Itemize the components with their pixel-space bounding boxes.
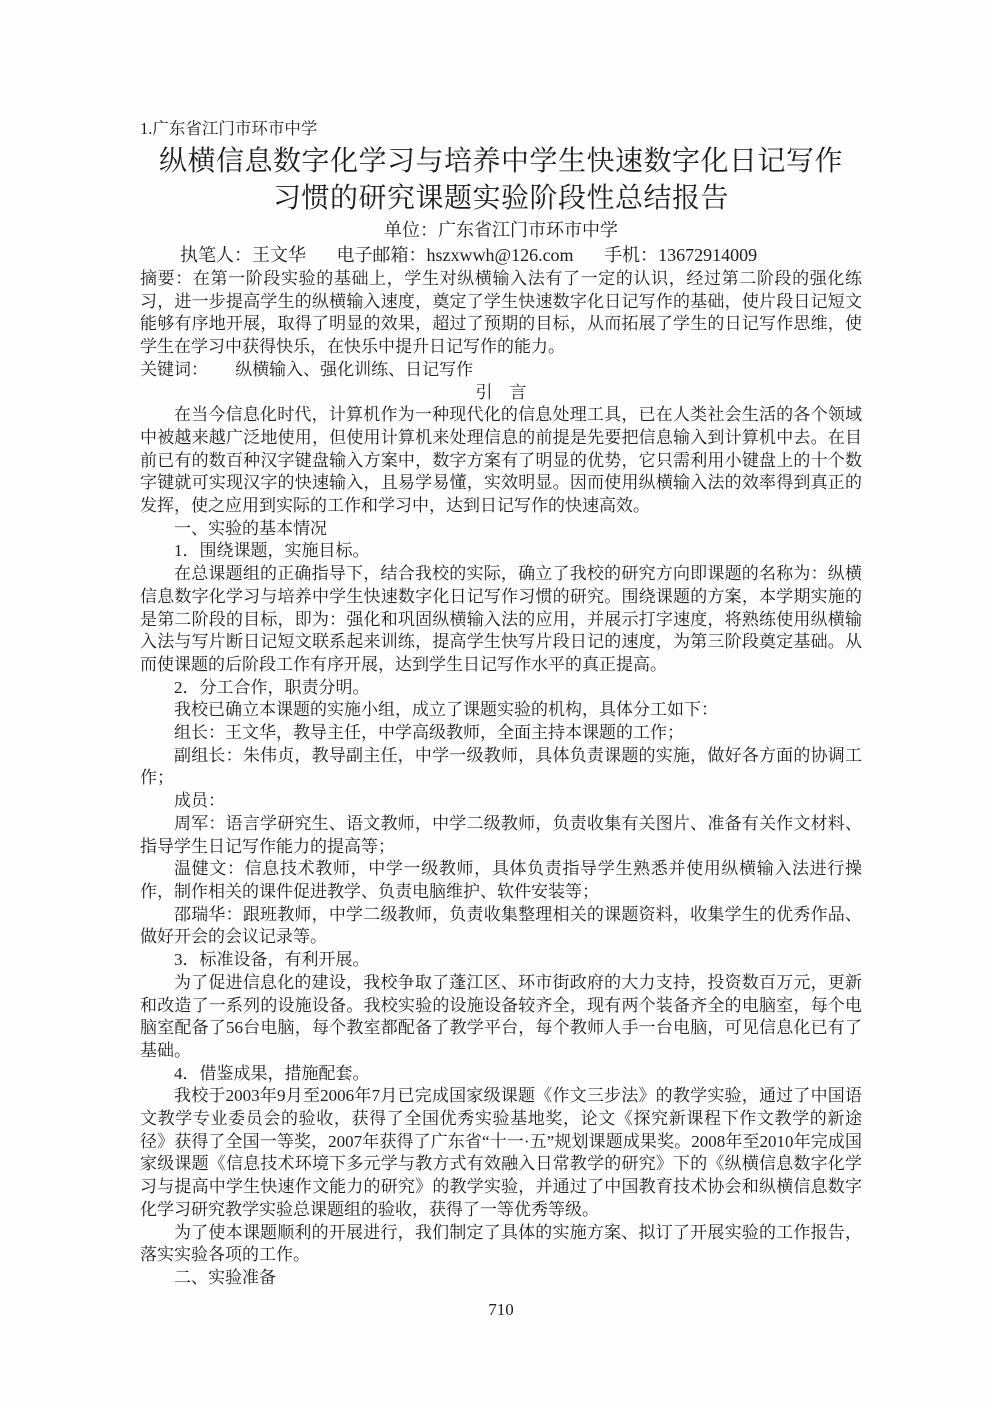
document-content: 1.广东省江门市环市中学 纵横信息数字化学习与培养中学生快速数字化日记写作习惯的… xyxy=(140,118,862,1321)
phone-value: 13672914009 xyxy=(658,245,757,265)
paragraph-equipment: 为了促进信息化的建设，我校争取了蓬江区、环市街政府的大力支持，投资数百万元，更新… xyxy=(140,972,862,1063)
phone-label: 手机： xyxy=(604,245,658,265)
unit-value: 广东省江门市环市中学 xyxy=(438,220,618,240)
phone-group: 手机：13672914009 xyxy=(604,245,757,265)
paragraph-members-label: 成员： xyxy=(140,790,862,813)
document-page: 1.广东省江门市环市中学 纵横信息数字化学习与培养中学生快速数字化日记写作习惯的… xyxy=(0,0,992,1403)
author-line: 执笔人：王文华 电子邮箱：hszxwwh@126.com 手机：13672914… xyxy=(140,243,862,268)
abstract-text: 在第一阶段实验的基础上，学生对纵横输入法有了一定的认识，经过第二阶段的强化练习，… xyxy=(140,269,862,356)
subsection-heading-1-3: 3．标准设备，有利开展。 xyxy=(140,949,862,972)
paragraph-member-shaoruihua: 邵瑞华：跟班教师，中学二级教师，负责收集整理相关的课题资料，收集学生的优秀作品、… xyxy=(140,904,862,949)
abstract-label: 摘要： xyxy=(140,269,193,288)
author-group: 执笔人：王文华 xyxy=(180,245,306,265)
abstract: 摘要：在第一阶段实验的基础上，学生对纵横输入法有了一定的认识，经过第二阶段的强化… xyxy=(140,268,862,359)
keywords: 关键词：纵横输入、强化训练、日记写作 xyxy=(140,359,862,382)
paragraph-deputy-leader: 副组长：朱伟贞，教导副主任，中学一级教师，具体负责课题的实施，做好各方面的协调工… xyxy=(140,745,862,790)
subsection-heading-1-1: 1．围绕课题，实施目标。 xyxy=(140,540,862,563)
keywords-label: 关键词： xyxy=(140,360,208,379)
section-heading-2: 二、实验准备 xyxy=(140,1267,862,1290)
paragraph-introduction: 在当今信息化时代，计算机作为一种现代化的信息处理工具，已在人类社会生活的各个领域… xyxy=(140,404,862,518)
unit-line: 单位：广东省江门市环市中学 xyxy=(140,217,862,243)
subsection-heading-1-4: 4．借鉴成果，措施配套。 xyxy=(140,1063,862,1086)
page-number: 710 xyxy=(140,1299,862,1321)
author-label: 执笔人： xyxy=(180,245,252,265)
paragraph-plan: 为了使本课题顺利的开展进行，我们制定了具体的实施方案、拟订了开展实验的工作报告，… xyxy=(140,1222,862,1267)
paragraph-member-wenjianwen: 温健文：信息技术教师，中学一级教师，具体负责指导学生熟悉并使用纵横输入法进行操作… xyxy=(140,858,862,903)
section-heading-1: 一、实验的基本情况 xyxy=(140,518,862,541)
paragraph-team-intro: 我校已确立本课题的实施小组，成立了课题实验的机构，具体分工如下： xyxy=(140,699,862,722)
email-group: 电子邮箱：hszxwwh@126.com xyxy=(337,245,574,265)
keywords-text: 纵横输入、强化训练、日记写作 xyxy=(235,360,473,379)
email-label: 电子邮箱： xyxy=(337,245,427,265)
document-title: 纵横信息数字化学习与培养中学生快速数字化日记写作习惯的研究课题实验阶段性总结报告 xyxy=(151,143,851,217)
email-value: hszxwwh@126.com xyxy=(427,245,574,265)
subsection-heading-1-2: 2．分工合作，职责分明。 xyxy=(140,677,862,700)
paragraph-member-zhoujun: 周军：语言学研究生、语文教师，中学二级教师，负责收集有关图片、准备有关作文材料、… xyxy=(140,813,862,858)
paragraph-leader: 组长：王文华，教导主任，中学高级教师，全面主持本课题的工作； xyxy=(140,722,862,745)
paragraph-achievements: 我校于2003年9月至2006年7月已完成国家级课题《作文三步法》的教学实验，通… xyxy=(140,1085,862,1221)
author-name: 王文华 xyxy=(252,245,306,265)
unit-label: 单位： xyxy=(384,220,438,240)
section-heading-introduction: 引 言 xyxy=(140,382,862,405)
document-body: 引 言在当今信息化时代，计算机作为一种现代化的信息处理工具，已在人类社会生活的各… xyxy=(140,382,862,1290)
affiliation-note: 1.广东省江门市环市中学 xyxy=(140,118,862,140)
paragraph-goal: 在总课题组的正确指导下，结合我校的实际，确立了我校的研究方向即课题的名称为：纵横… xyxy=(140,563,862,677)
